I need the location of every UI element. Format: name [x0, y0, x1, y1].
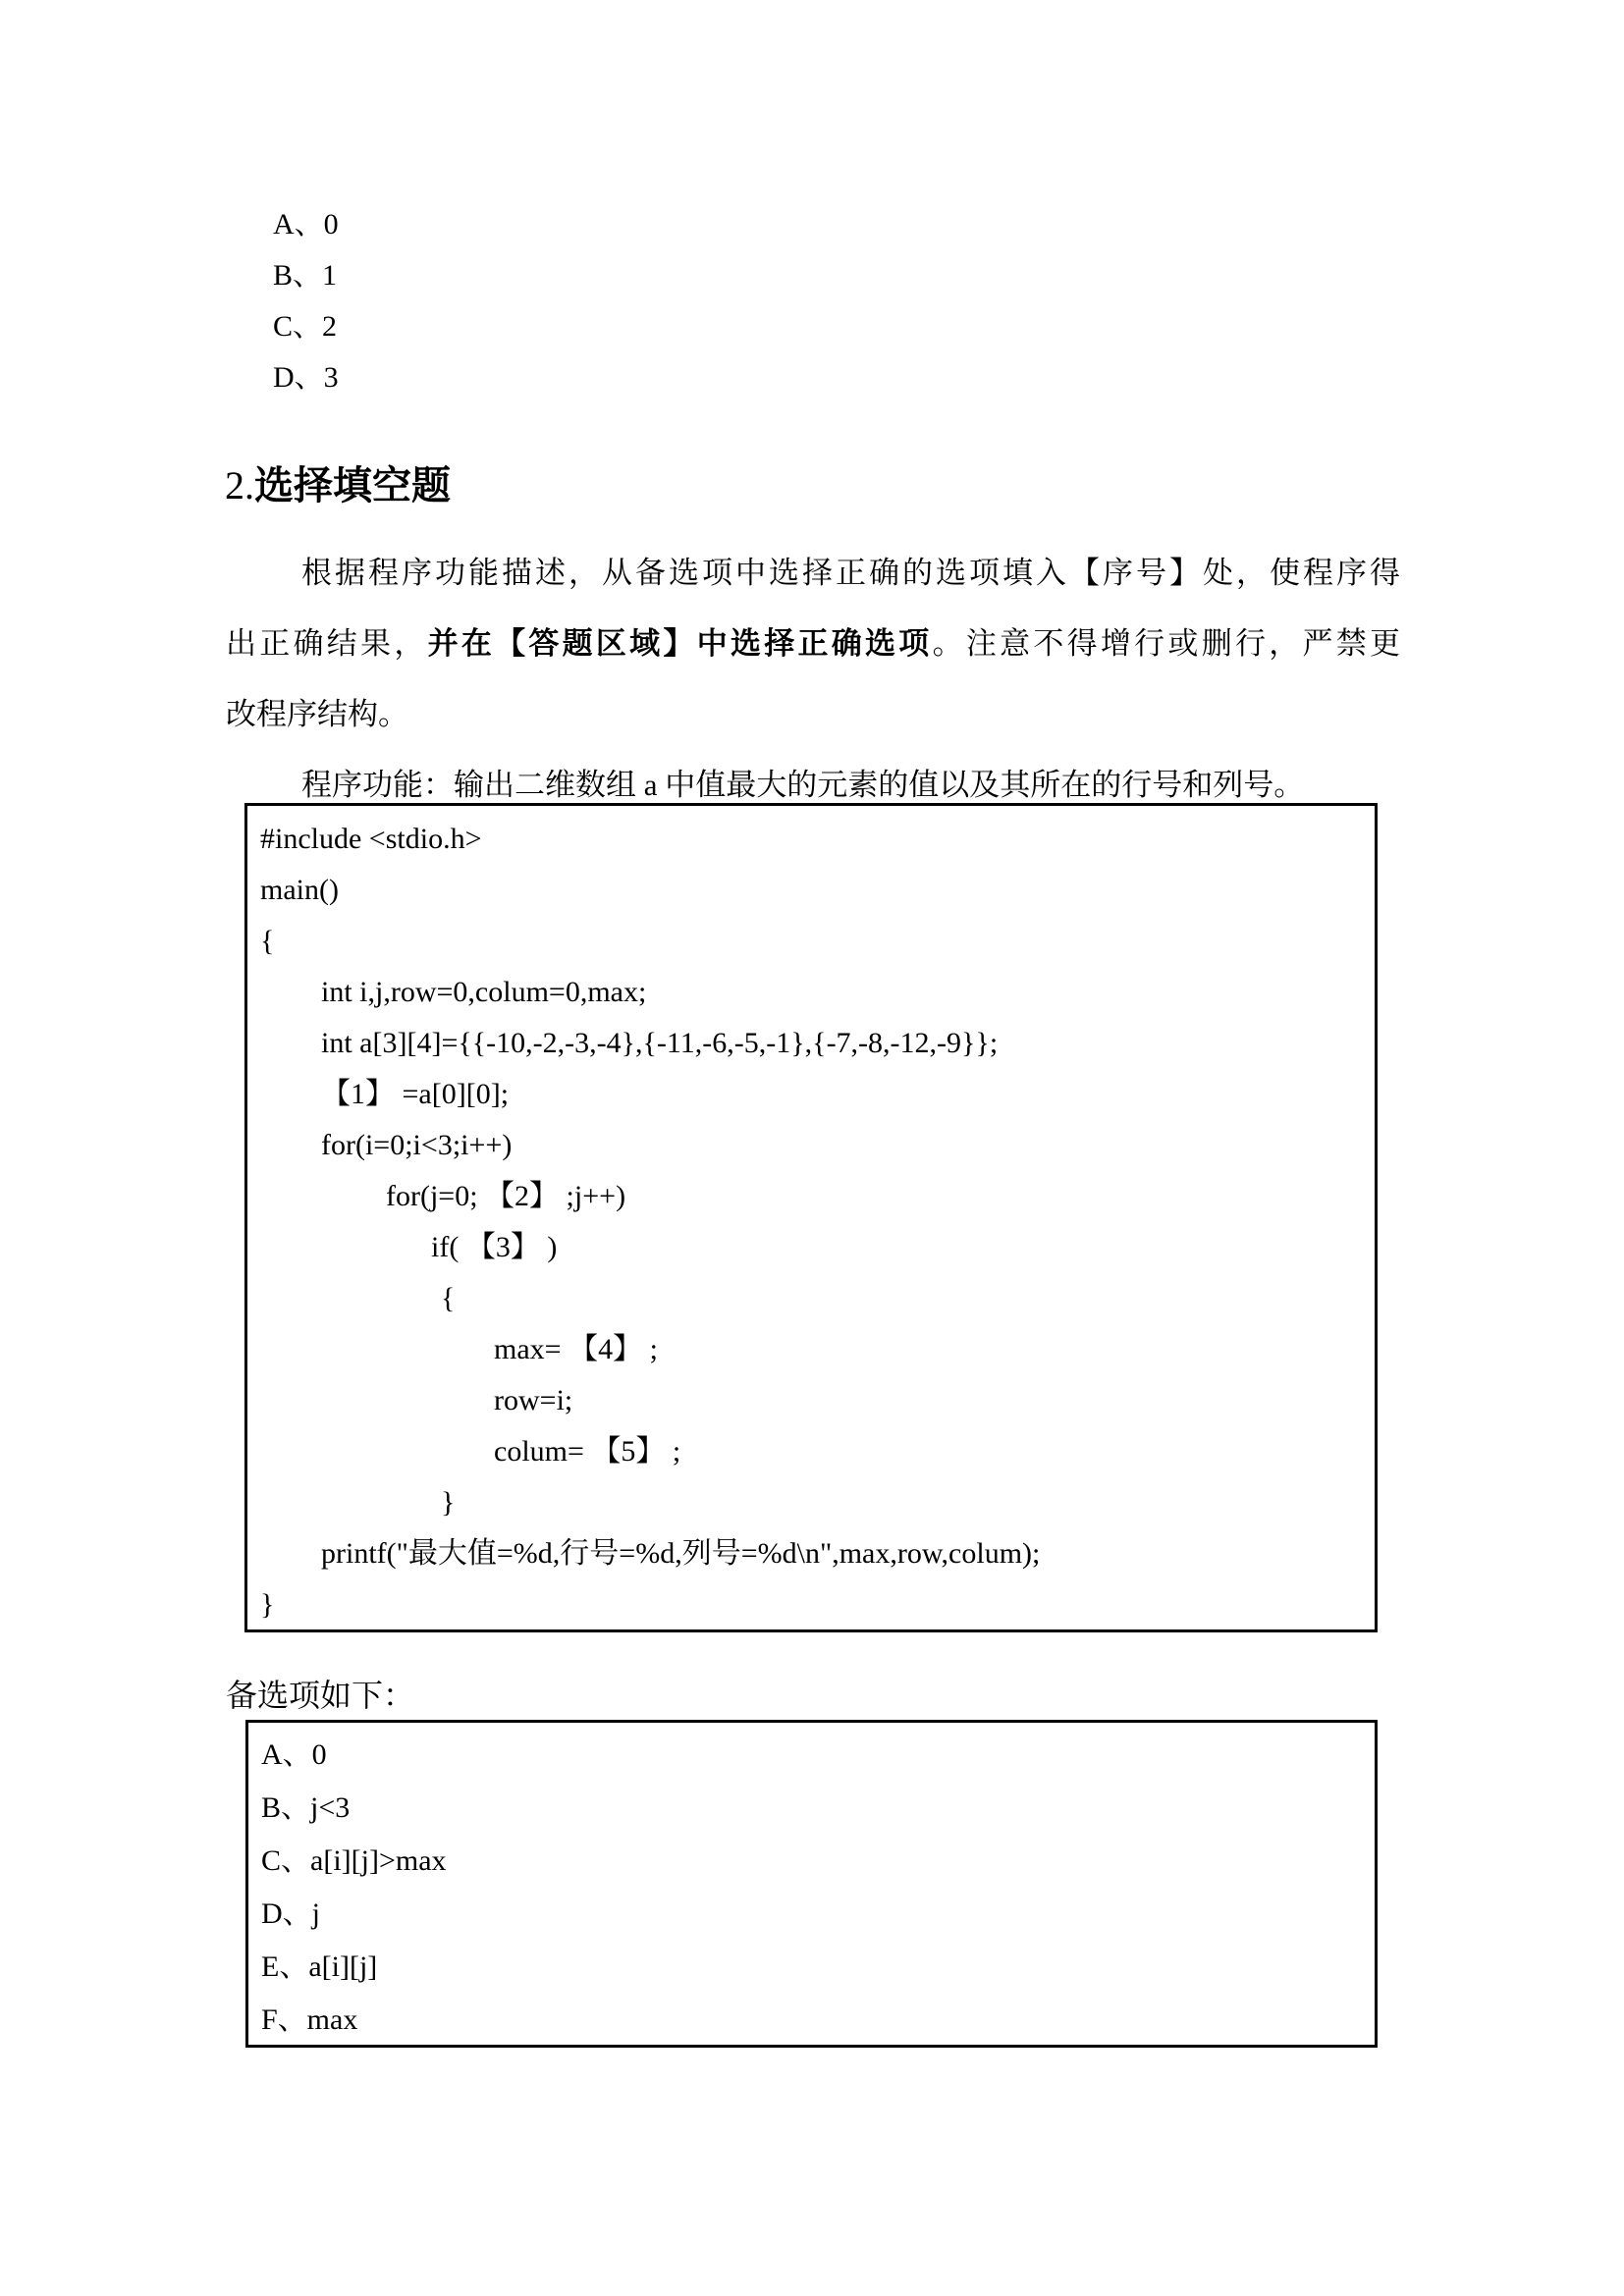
section-title: 选择填空题	[254, 463, 451, 507]
code-line: }	[260, 1579, 1375, 1630]
alternative-option: F、max	[261, 1994, 1375, 2047]
intro-paragraph: 根据程序功能描述，从备选项中选择正确的选项填入【序号】处，使程序得 出正确结果，…	[226, 538, 1400, 821]
alternative-option: A、0	[261, 1729, 1375, 1782]
question1-option: B、1	[273, 250, 339, 301]
code-line: row=i;	[260, 1375, 1375, 1426]
code-line: colum= 【5】 ;	[260, 1426, 1375, 1477]
section-heading: 2.选择填空题	[225, 463, 451, 508]
code-line: main()	[260, 865, 1375, 916]
alternative-option: E、a[i][j]	[261, 1941, 1375, 1994]
code-line: {	[260, 916, 1375, 967]
code-line: }	[260, 1477, 1375, 1528]
code-line: int a[3][4]={{-10,-2,-3,-4},{-11,-6,-5,-…	[260, 1018, 1375, 1069]
intro-line: 出正确结果，并在【答题区域】中选择正确选项。注意不得增行或删行，严禁更	[226, 609, 1400, 679]
alternatives-options-box: A、0B、j<3C、a[i][j]>maxD、jE、a[i][j]F、max	[245, 1720, 1378, 2048]
alternative-option: C、a[i][j]>max	[261, 1835, 1375, 1888]
code-line: for(i=0;i<3;i++)	[260, 1120, 1375, 1171]
question1-option: A、0	[273, 199, 339, 250]
code-line: {	[260, 1273, 1375, 1324]
intro-line2-bold: 并在【答题区域】中选择正确选项	[428, 626, 933, 661]
code-line: printf("最大值=%d,行号=%d,列号=%d\n",max,row,co…	[260, 1528, 1375, 1579]
code-line: for(j=0; 【2】 ;j++)	[260, 1171, 1375, 1222]
intro-line2-post: 。注意不得增行或删行，严禁更	[933, 626, 1400, 661]
intro-line2-pre: 出正确结果，	[226, 626, 428, 661]
code-line: max= 【4】 ;	[260, 1324, 1375, 1375]
alternatives-label: 备选项如下：	[226, 1676, 414, 1715]
code-line: int i,j,row=0,colum=0,max;	[260, 967, 1375, 1018]
alternative-option: B、j<3	[261, 1782, 1375, 1835]
alternative-option: D、j	[261, 1888, 1375, 1941]
question1-option: D、3	[273, 352, 339, 403]
question1-option: C、2	[273, 301, 339, 352]
intro-line: 根据程序功能描述，从备选项中选择正确的选项填入【序号】处，使程序得	[226, 538, 1400, 609]
code-line: 【1】 =a[0][0];	[260, 1069, 1375, 1120]
intro-line: 改程序结构。	[226, 679, 1400, 750]
question1-options-list: A、0B、1C、2D、3	[273, 199, 339, 403]
exam-page: { "page": { "background": "#ffffff", "te…	[0, 0, 1624, 2296]
code-line: #include <stdio.h>	[260, 814, 1375, 865]
code-line: if( 【3】 )	[260, 1222, 1375, 1273]
code-block: #include <stdio.h>main(){int i,j,row=0,c…	[244, 803, 1378, 1632]
section-number: 2.	[225, 463, 254, 507]
